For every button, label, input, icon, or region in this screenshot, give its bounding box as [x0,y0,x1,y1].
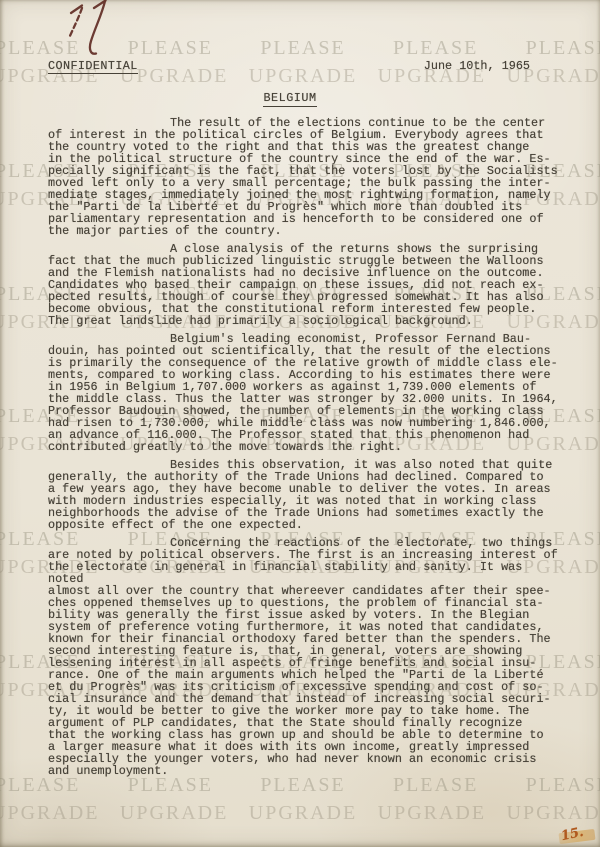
document-page: PLEASEPLEASEPLEASEPLEASEPLEASEUPGRADEUPG… [0,0,600,847]
document-body: The result of the elections continue to … [48,117,564,783]
page-number: 15. [552,827,592,845]
document-title: BELGIUM [263,91,316,107]
handwritten-pen-mark-icon [58,0,120,72]
paragraph-3: Belgium's leading economist, Professor F… [48,333,564,453]
paragraph-1: The result of the elections continue to … [48,117,564,237]
typed-content: CONFIDENTIAL June 10th, 1965 BELGIUM The… [0,0,600,847]
document-header: CONFIDENTIAL June 10th, 1965 [48,60,530,74]
title-row: BELGIUM [34,92,546,104]
paragraph-2: A close analysis of the returns shows th… [48,243,564,327]
paragraph-5: Concerning the reactions of the electora… [48,537,564,777]
document-date: June 10th, 1965 [424,60,530,72]
paragraph-4: Besides this observation, it was also no… [48,459,564,531]
